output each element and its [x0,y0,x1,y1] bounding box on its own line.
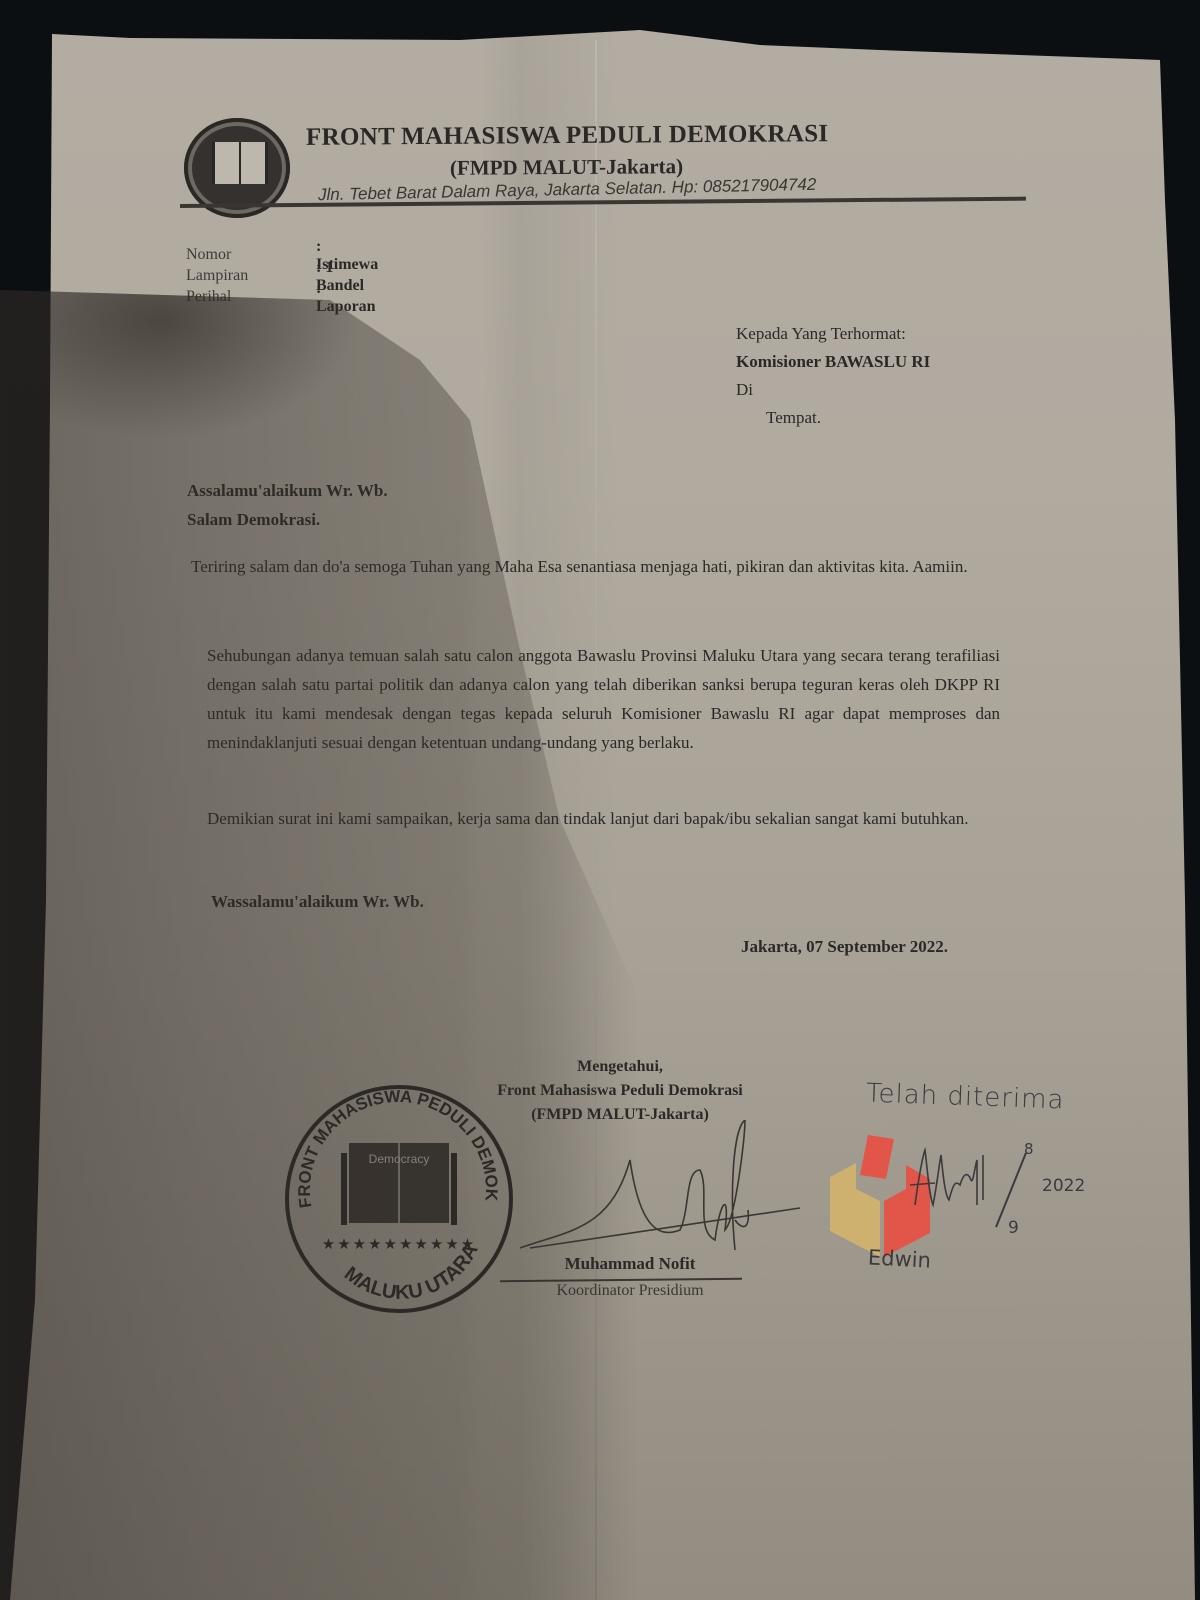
signer-title: Koordinator Presidium [520,1282,740,1300]
receipt-date: 8 2022 9 [990,1140,1100,1240]
receipt-year: 2022 [1042,1176,1085,1196]
letter-date: Jakarta, 07 September 2022. [741,937,948,957]
meta-value: : Laporan [316,280,376,316]
recipient-place: Tempat. [736,404,930,432]
receipt-month: 9 [1008,1218,1019,1238]
recipient-name: Komisioner BAWASLU RI [736,348,930,376]
signer-name: Muhammad Nofit [520,1254,740,1274]
recipient-di: Di [736,376,930,404]
handwritten-signature [510,1120,800,1270]
closing: Wassalamu'alaikum Wr. Wb. [211,892,424,912]
greeting-line-2: Salam Demokrasi. [187,505,388,534]
meta-label: Nomor [186,246,306,264]
body-paragraph-1: Teriring salam dan do'a semoga Tuhan yan… [191,552,1001,581]
organization-stamp: FRONT MAHASISWA PEDULI DEMOKRASI MALUKU … [283,1083,515,1315]
greeting-line-1: Assalamu'alaikum Wr. Wb. [187,476,388,505]
letter-paper [0,0,1200,1600]
stamp-inner-text: Democracy [369,1152,430,1166]
recipient-block: Kepada Yang Terhormat: Komisioner BAWASL… [736,320,930,432]
body-paragraph-2: Sehubungan adanya temuan salah satu calo… [207,641,1000,757]
greeting: Assalamu'alaikum Wr. Wb. Salam Demokrasi… [187,476,388,534]
org-abbr: (FMPD MALUT-Jakarta) [450,154,683,181]
acknowledged-label: Mengetahui, [440,1055,800,1079]
body-paragraph-3: Demikian surat ini kami sampaikan, kerja… [207,804,1000,833]
meta-label: Perihal [186,288,306,306]
date-slash [995,1153,1027,1228]
org-name: FRONT MAHASISWA PEDULI DEMOKRASI [306,120,829,152]
meta-label: Lampiran [186,267,306,285]
stamp-stars: ★★★★★★★★★★ [322,1237,476,1253]
receiver-name: Edwin [867,1245,931,1272]
recipient-salutation: Kepada Yang Terhormat: [736,320,930,348]
